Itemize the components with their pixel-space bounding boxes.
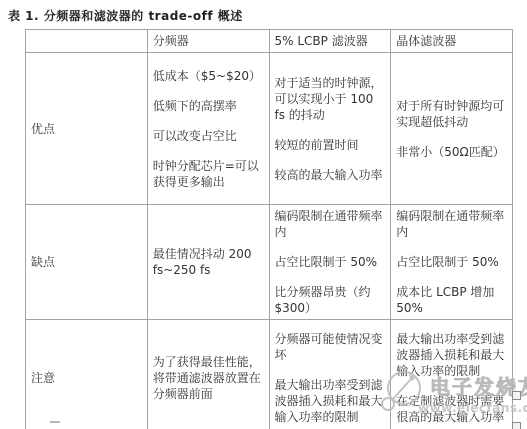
cell-paragraph: 非常小（50Ω匹配） bbox=[396, 144, 507, 160]
table-cell: 编码限制在通带频率内占空比限制于 50%成本比 LCBP 增加 50% bbox=[391, 205, 513, 320]
cell-paragraph: 成本比 LCBP 增加 50% bbox=[396, 284, 507, 316]
table-row: 注意为了获得最佳性能，将带通滤波器放置在分频器前面分频器可能使情况变坏最大输出功… bbox=[26, 320, 513, 429]
table-cell: 编码限制在通带频率内占空比限制于 50%比分频器昂贵（约$300） bbox=[269, 205, 391, 320]
table-cell: 最大输出功率受到滤波器插入损耗和最大输入功率的限制在定制滤波器时需要很高的最大输… bbox=[391, 320, 513, 429]
cell-paragraph: 占空比限制于 50% bbox=[275, 254, 386, 270]
page: 表 1. 分频器和滤波器的 trade-off 概述 分频器 5% LCBP 滤… bbox=[0, 0, 527, 429]
table-cell: 为了获得最佳性能，将带通滤波器放置在分频器前面 bbox=[147, 320, 269, 429]
cell-paragraph: 编码限制在通带频率内 bbox=[275, 208, 386, 240]
row-label: 优点 bbox=[26, 53, 148, 205]
cell-paragraph: 低成本（$5~$20） bbox=[153, 68, 264, 84]
tradeoff-table: 分频器 5% LCBP 滤波器 晶体滤波器 优点低成本（$5~$20）低频下的高… bbox=[25, 29, 513, 429]
header-cell-crystal-filter: 晶体滤波器 bbox=[391, 30, 513, 53]
table-cell: 低成本（$5~$20）低频下的高摆率可以改变占空比时钟分配芯片=可以获得更多输出 bbox=[147, 53, 269, 205]
header-cell-divider: 分频器 bbox=[147, 30, 269, 53]
row-label: 缺点 bbox=[26, 205, 148, 320]
header-cell-lcbp-filter: 5% LCBP 滤波器 bbox=[269, 30, 391, 53]
header-row: 分频器 5% LCBP 滤波器 晶体滤波器 bbox=[26, 30, 513, 53]
table-body: 优点低成本（$5~$20）低频下的高摆率可以改变占空比时钟分配芯片=可以获得更多… bbox=[26, 53, 513, 429]
cell-paragraph: 可以改变占空比 bbox=[153, 128, 264, 144]
page-artifact-square bbox=[512, 422, 521, 429]
cell-paragraph: 时钟分配芯片=可以获得更多输出 bbox=[153, 158, 264, 190]
table-row: 缺点最佳情况抖动 200 fs~250 fs编码限制在通带频率内占空比限制于 5… bbox=[26, 205, 513, 320]
table-row: 优点低成本（$5~$20）低频下的高摆率可以改变占空比时钟分配芯片=可以获得更多… bbox=[26, 53, 513, 205]
table-head: 分频器 5% LCBP 滤波器 晶体滤波器 bbox=[26, 30, 513, 53]
row-label: 注意 bbox=[26, 320, 148, 429]
cell-paragraph: 比分频器昂贵（约$300） bbox=[275, 284, 386, 316]
table-cell: 最佳情况抖动 200 fs~250 fs bbox=[147, 205, 269, 320]
cell-paragraph: 对于适当的时钟源，可以实现小于 100 fs 的抖动 bbox=[275, 75, 386, 123]
cell-paragraph: 编码限制在通带频率内 bbox=[396, 208, 507, 240]
table-title: 表 1. 分频器和滤波器的 trade-off 概述 bbox=[8, 7, 243, 24]
cell-paragraph: 低频下的高摆率 bbox=[153, 98, 264, 114]
cell-paragraph: 较高的最大输入功率 bbox=[275, 167, 386, 183]
page-artifact-dash bbox=[50, 421, 60, 423]
cell-paragraph: 最大输出功率受到滤波器插入损耗和最大输入功率的限制 bbox=[396, 331, 507, 379]
table-cell: 对于适当的时钟源，可以实现小于 100 fs 的抖动较短的前置时间较高的最大输入… bbox=[269, 53, 391, 205]
table-cell: 对于所有时钟源均可实现超低抖动非常小（50Ω匹配） bbox=[391, 53, 513, 205]
cell-paragraph: 较短的前置时间 bbox=[275, 137, 386, 153]
table-cell: 分频器可能使情况变坏最大输出功率受到滤波器插入损耗和最大输入功率的限制 bbox=[269, 320, 391, 429]
cell-paragraph: 分频器可能使情况变坏 bbox=[275, 331, 386, 363]
cell-paragraph: 对于所有时钟源均可实现超低抖动 bbox=[396, 98, 507, 130]
header-cell-blank bbox=[26, 30, 148, 53]
cell-paragraph: 在定制滤波器时需要很高的最大输入功率 bbox=[396, 393, 507, 425]
cell-paragraph: 最大输出功率受到滤波器插入损耗和最大输入功率的限制 bbox=[275, 377, 386, 425]
cell-paragraph: 最佳情况抖动 200 fs~250 fs bbox=[153, 246, 264, 278]
cell-paragraph: 为了获得最佳性能，将带通滤波器放置在分频器前面 bbox=[153, 354, 264, 402]
cell-paragraph: 占空比限制于 50% bbox=[396, 254, 507, 270]
page-artifact-square bbox=[512, 391, 521, 400]
